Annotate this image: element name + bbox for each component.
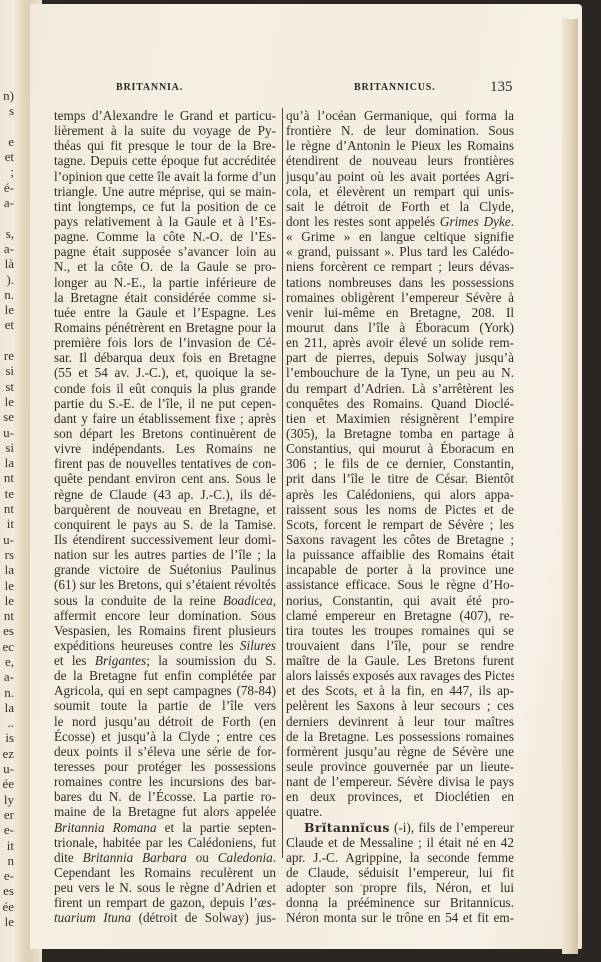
text-line: le règne d’Antonin le Pieux les Romains bbox=[286, 138, 514, 153]
text-line: tuée entre la Gaule et l’Espagne. Les bbox=[54, 305, 276, 320]
text-line: partie du S.-E. de l’île, il ne put cepe… bbox=[54, 396, 276, 411]
text-line: maître de la Gaule. Les Bretons furent bbox=[286, 653, 514, 668]
fragment: ). bbox=[0, 272, 14, 287]
text-line: Ils étendirent successivement leur domi- bbox=[54, 532, 276, 547]
text-line: pagne était supposée s’avancer loin au bbox=[54, 244, 276, 259]
fragment: n. bbox=[0, 287, 14, 302]
text-line: romaines obligèrent l’empereur Sévère à bbox=[286, 290, 514, 305]
text-line: alors laissés exposés aux ravages des Pi… bbox=[286, 668, 514, 683]
text-line: prit dans l’île le titre de César. Bient… bbox=[286, 471, 514, 486]
paper-speck bbox=[315, 909, 317, 911]
text-line: tint longtemps, ce fut la position de ce bbox=[54, 199, 276, 214]
fragment: nt bbox=[0, 470, 14, 485]
text-line: sous la conduite de la reine Boadicea, bbox=[54, 593, 276, 608]
right-column: qu’à l’océan Germanique, qui forma lafro… bbox=[286, 108, 514, 926]
text-line: tagne. Depuis cette époque fut accrédité… bbox=[54, 153, 276, 168]
text-line: tuarium Ituna (détroit de Solway) jus- bbox=[54, 910, 276, 925]
text-line: frontière N. de leur domination. Sous bbox=[286, 123, 514, 138]
fragment: ez bbox=[0, 746, 14, 761]
text-line: temps d’Alexandre le Grand et particu- bbox=[54, 108, 276, 123]
text-line: pagne. Comme la côte N.-O. de l’Es- bbox=[54, 229, 276, 244]
text-line: conquirent le pays au S. de la Tamise. bbox=[54, 517, 276, 532]
text-line: Constantius, qui mourut à Éboracum en bbox=[286, 441, 514, 456]
fragment: is bbox=[0, 730, 14, 745]
text-line: raissent sous les noms de Pictes et de bbox=[286, 502, 514, 517]
text-line: Britannia Romana et la partie septen- bbox=[54, 820, 276, 835]
page-edge bbox=[562, 19, 578, 954]
fragment: n bbox=[0, 853, 14, 868]
text-line: tations nombreuses dans les possessions bbox=[286, 275, 514, 290]
text-line: Cependant les Romains reculèrent un bbox=[54, 865, 276, 880]
fragment: a- bbox=[0, 195, 14, 210]
fragment bbox=[0, 210, 14, 225]
text-line: quête pendant environ cent ans. Sous le bbox=[54, 471, 276, 486]
text-line: la puissance affaiblie des Romains était bbox=[286, 547, 514, 562]
text-line: étendirent de nouveau leurs frontières bbox=[286, 153, 514, 168]
fragment: n) bbox=[0, 88, 14, 103]
fragment: e- bbox=[0, 868, 14, 883]
fragment: ec bbox=[0, 639, 14, 654]
text-line: de la Bretagne. Les possessions romaines bbox=[286, 729, 514, 744]
entry-line: Néron monta sur le trône en 54 et fit em… bbox=[286, 910, 514, 925]
text-line: teresses pour protéger les possessions bbox=[54, 759, 276, 774]
text-line: dant y faire un établissement fixe ; apr… bbox=[54, 411, 276, 426]
fragment: si bbox=[0, 363, 14, 378]
fragment: er bbox=[0, 807, 14, 822]
text-line: part de pierres, depuis Solway jusqu’à bbox=[286, 350, 514, 365]
text-line: « Grime » en langue celtique signifie bbox=[286, 229, 514, 244]
fragment: a- bbox=[0, 241, 14, 256]
text-line: triangle. Une autre méprise, qui se main… bbox=[54, 184, 276, 199]
fragment bbox=[0, 119, 14, 134]
text-line: 306 ; le fils de ce dernier, Constantin, bbox=[286, 456, 514, 471]
column-rule bbox=[282, 108, 283, 858]
entry-line: de Claude, séduisit l’empereur, lui fit bbox=[286, 865, 514, 880]
fragment bbox=[0, 333, 14, 348]
entry-genitive: (-i) bbox=[390, 820, 411, 835]
text-line: dite Britannia Barbara ou Caledonia. bbox=[54, 850, 276, 865]
text-line: pays relativement à la Gaule et à l’Es- bbox=[54, 214, 276, 229]
text-line: en deux provinces, et Dioclétien en bbox=[286, 789, 514, 804]
text-line: conquêtes des Romains. Quand Dioclé- bbox=[286, 396, 514, 411]
text-line: l’embouchure de la Tyne, un peu au N. bbox=[286, 365, 514, 380]
text-line: son départ les Bretons continuèrent de bbox=[54, 426, 276, 441]
fragment: .. bbox=[0, 715, 14, 730]
text-line: « grand, puissant ». Plus tard les Caléd… bbox=[286, 244, 514, 259]
text-line: après les Calédoniens, qui alors appa- bbox=[286, 487, 514, 502]
text-line: vivre indépendants. Les Romains ne bbox=[54, 441, 276, 456]
fragment: le bbox=[0, 302, 14, 317]
fragment: le bbox=[0, 394, 14, 409]
text-line: nant de l’empereur. Sévère divisa le pay… bbox=[286, 774, 514, 789]
text-line: et les Brigantes; la soumission du S. bbox=[54, 653, 276, 668]
fragment: s, bbox=[0, 226, 14, 241]
fragment: a- bbox=[0, 669, 14, 684]
text-line: Écosse) et jusqu’à la Clyde ; entre ces bbox=[54, 729, 276, 744]
italic-term: Britannia Romana bbox=[54, 820, 157, 835]
entry-line: adopter son propre fils, Néron, et lui bbox=[286, 880, 514, 895]
fragment: é- bbox=[0, 180, 14, 195]
text-line: trouvaient dans l’île, pour se rendre bbox=[286, 638, 514, 653]
fragment: la bbox=[0, 455, 14, 470]
fragment: n. bbox=[0, 685, 14, 700]
text-line: maine de la Bretagne fut alors appelée bbox=[54, 804, 276, 819]
text-line: expéditions heureuses contre les Silures bbox=[54, 638, 276, 653]
fragment: ée bbox=[0, 776, 14, 791]
text-line: (305), la Bretagne tomba en partage à bbox=[286, 426, 514, 441]
fragment: et bbox=[0, 149, 14, 164]
text-line: mourut dans l’île à Éboracum (York) bbox=[286, 320, 514, 335]
italic-term: Caledonia bbox=[218, 850, 273, 865]
text-line: Romains pénétrèrent en Bretagne pour la bbox=[54, 320, 276, 335]
left-column: temps d’Alexandre le Grand et particu-li… bbox=[54, 108, 276, 926]
fragment: ; bbox=[0, 164, 14, 179]
fragment: st bbox=[0, 379, 14, 394]
scanned-book-page: n)seet;é-a-s,a-là).n.leetresistleseu-sil… bbox=[0, 0, 601, 962]
italic-term: Britannia Barbara bbox=[83, 850, 187, 865]
text-line: l’opinion que cette île avait la forme d… bbox=[54, 169, 276, 184]
running-head-right: BRITANNICUS. bbox=[354, 82, 435, 93]
text-line: Vespasien, les Romains firent plusieurs bbox=[54, 623, 276, 638]
fragment: u- bbox=[0, 761, 14, 776]
fragment: ée bbox=[0, 899, 14, 914]
text-line: bares du N. de l’Écosse. La partie ro- bbox=[54, 789, 276, 804]
text-line: clamé empereur en Bretagne (407), re- bbox=[286, 608, 514, 623]
text-line: Saxons ravagent les côtes de Bretagne ; bbox=[286, 532, 514, 547]
text-line: tien et Maximien résignèrent l’empire bbox=[286, 411, 514, 426]
fragment: u- bbox=[0, 425, 14, 440]
fragment: es bbox=[0, 623, 14, 638]
fragment: it bbox=[0, 838, 14, 853]
fragment: re bbox=[0, 348, 14, 363]
text-line: niens forcèrent ce rempart ; leurs dévas… bbox=[286, 259, 514, 274]
text-line: (61) sur les Bretons, qui s’étaient révo… bbox=[54, 577, 276, 592]
italic-term: Boadicea bbox=[223, 593, 273, 608]
paper-speck bbox=[360, 884, 362, 886]
text-line: firent un rempart de gazon, depuis l’æs- bbox=[54, 895, 276, 910]
fragment: u- bbox=[0, 532, 14, 547]
text-line: N., et la côte O. de la Gaule se pro- bbox=[54, 259, 276, 274]
entry-line: apr. J.-C. Agrippine, la seconde femme bbox=[286, 850, 514, 865]
running-head-left: BRITANNIA. bbox=[116, 82, 183, 93]
text-line: assistance efficace. Sous le règne d’Ho- bbox=[286, 577, 514, 592]
fragment: le bbox=[0, 578, 14, 593]
text-line: Scots, forcent le rempart de Sévère ; le… bbox=[286, 517, 514, 532]
text-line: grande victoire de Suétonius Paulinus bbox=[54, 562, 276, 577]
fragment: le bbox=[0, 593, 14, 608]
fragment: la bbox=[0, 562, 14, 577]
text-line: dont les restes sont appelés Grimes Dyke… bbox=[286, 214, 514, 229]
text-line: tira toutes les troupes romaines qui se bbox=[286, 623, 514, 638]
text-line: venir lui-même en Bretagne, 208. Il bbox=[286, 305, 514, 320]
text-line: la Bretagne était considérée comme si- bbox=[54, 290, 276, 305]
page-number: 135 bbox=[490, 79, 513, 96]
text-line: seule province gouvernée par un lieute- bbox=[286, 759, 514, 774]
text-line: deux points il s’éleva une série de for- bbox=[54, 744, 276, 759]
previous-page-text-fragments: n)seet;é-a-s,a-là).n.leetresistleseu-sil… bbox=[0, 88, 14, 929]
text-line: de la Bretagne fut enfin complétée par bbox=[54, 668, 276, 683]
text-line: sait le détroit de Forth et la Clyde, bbox=[286, 199, 514, 214]
text-line: jusqu’au point où les avait portées Agri… bbox=[286, 169, 514, 184]
text-line: romaines contre les incursions des bar- bbox=[54, 774, 276, 789]
fragment: ly bbox=[0, 792, 14, 807]
fragment: se bbox=[0, 409, 14, 424]
fragment: la bbox=[0, 700, 14, 715]
fragment: là bbox=[0, 256, 14, 271]
entry-line: Claude et de Messaline ; il était né en … bbox=[286, 835, 514, 850]
page-135: BRITANNIA. BRITANNICUS. 135 temps d’Alex… bbox=[30, 4, 582, 949]
entry-first-line: Brĭtannĭcus (-i), fils de l’empereur bbox=[286, 820, 514, 835]
italic-term: Grimes Dyke bbox=[440, 214, 511, 229]
text-line: formèrent jusqu’au règne de Sévère une bbox=[286, 744, 514, 759]
paper-speck bbox=[200, 874, 202, 876]
text-line: affermit encore leur domination. Sous bbox=[54, 608, 276, 623]
text-line: théas qui fit presque le tour de la Bre- bbox=[54, 138, 276, 153]
text-line: conde fois il eût conquis la plus grande bbox=[54, 381, 276, 396]
fragment: it bbox=[0, 516, 14, 531]
text-line: incapable de porter à la province une bbox=[286, 562, 514, 577]
text-line: longer au N.-E., la partie inférieure de bbox=[54, 275, 276, 290]
fragment: s bbox=[0, 103, 14, 118]
text-line: soumit toute la partie de l’île vers bbox=[54, 698, 276, 713]
entry-line: donna la prééminence sur Britannicus. bbox=[286, 895, 514, 910]
fragment: et bbox=[0, 317, 14, 332]
text-line: pelèrent les Saxons à leur secours ; ces bbox=[286, 698, 514, 713]
fragment: le bbox=[0, 914, 14, 929]
entry-headword: Brĭtannĭcus bbox=[304, 820, 390, 835]
fragment: e, bbox=[0, 654, 14, 669]
fragment: nt bbox=[0, 501, 14, 516]
text-line: cola, et élevèrent un rempart qui unis- bbox=[286, 184, 514, 199]
text-line: règne de Claude (43 ap. J.-C.), ils dé- bbox=[54, 487, 276, 502]
italic-term: æs- bbox=[258, 895, 276, 910]
text-line: firent pas de nouvelles tentatives de co… bbox=[54, 456, 276, 471]
text-line: le nord jusqu’au détroit de Forth (en bbox=[54, 714, 276, 729]
text-line: nation sur les autres parties de l’île ;… bbox=[54, 547, 276, 562]
fragment: e- bbox=[0, 822, 14, 837]
text-line: sar. Il débarqua deux fois en Bretagne bbox=[54, 350, 276, 365]
text-line: première fois lors de l’invasion de Cé- bbox=[54, 335, 276, 350]
text-line: peu vers le N. sous le règne d’Adrien et bbox=[54, 880, 276, 895]
italic-term: Brigantes bbox=[95, 653, 146, 668]
text-line: norius, Constantin, qui avait été pro- bbox=[286, 593, 514, 608]
fragment: te bbox=[0, 486, 14, 501]
italic-term: tuarium Ituna bbox=[54, 910, 131, 925]
text-line: quatre. bbox=[286, 804, 514, 819]
text-line: lièrement à la suite du voyage de Py- bbox=[54, 123, 276, 138]
fragment: si bbox=[0, 440, 14, 455]
italic-term: Silures bbox=[240, 638, 276, 653]
text-line: (55 et 54 av. J.-C.), et, quoique la se- bbox=[54, 365, 276, 380]
text-line: en 211, après avoir élevé un solide rem- bbox=[286, 335, 514, 350]
text-line: et des Scots, et à la fin, en 447, ils a… bbox=[286, 683, 514, 698]
text-line: derniers devinrent à leur tour maîtres bbox=[286, 714, 514, 729]
text-line: Agricola, qui en sept campagnes (78-84) bbox=[54, 683, 276, 698]
fragment: e bbox=[0, 134, 14, 149]
text-line: du rempart d’Adrien. Là s’arrêtèrent les bbox=[286, 381, 514, 396]
fragment: rs bbox=[0, 547, 14, 562]
text-line: barquèrent de nouveau en Bretagne, et bbox=[54, 502, 276, 517]
text-line: trionale, habitée par les Calédoniens, f… bbox=[54, 835, 276, 850]
fragment: nt bbox=[0, 608, 14, 623]
fragment: es bbox=[0, 883, 14, 898]
text-line: qu’à l’océan Germanique, qui forma la bbox=[286, 108, 514, 123]
